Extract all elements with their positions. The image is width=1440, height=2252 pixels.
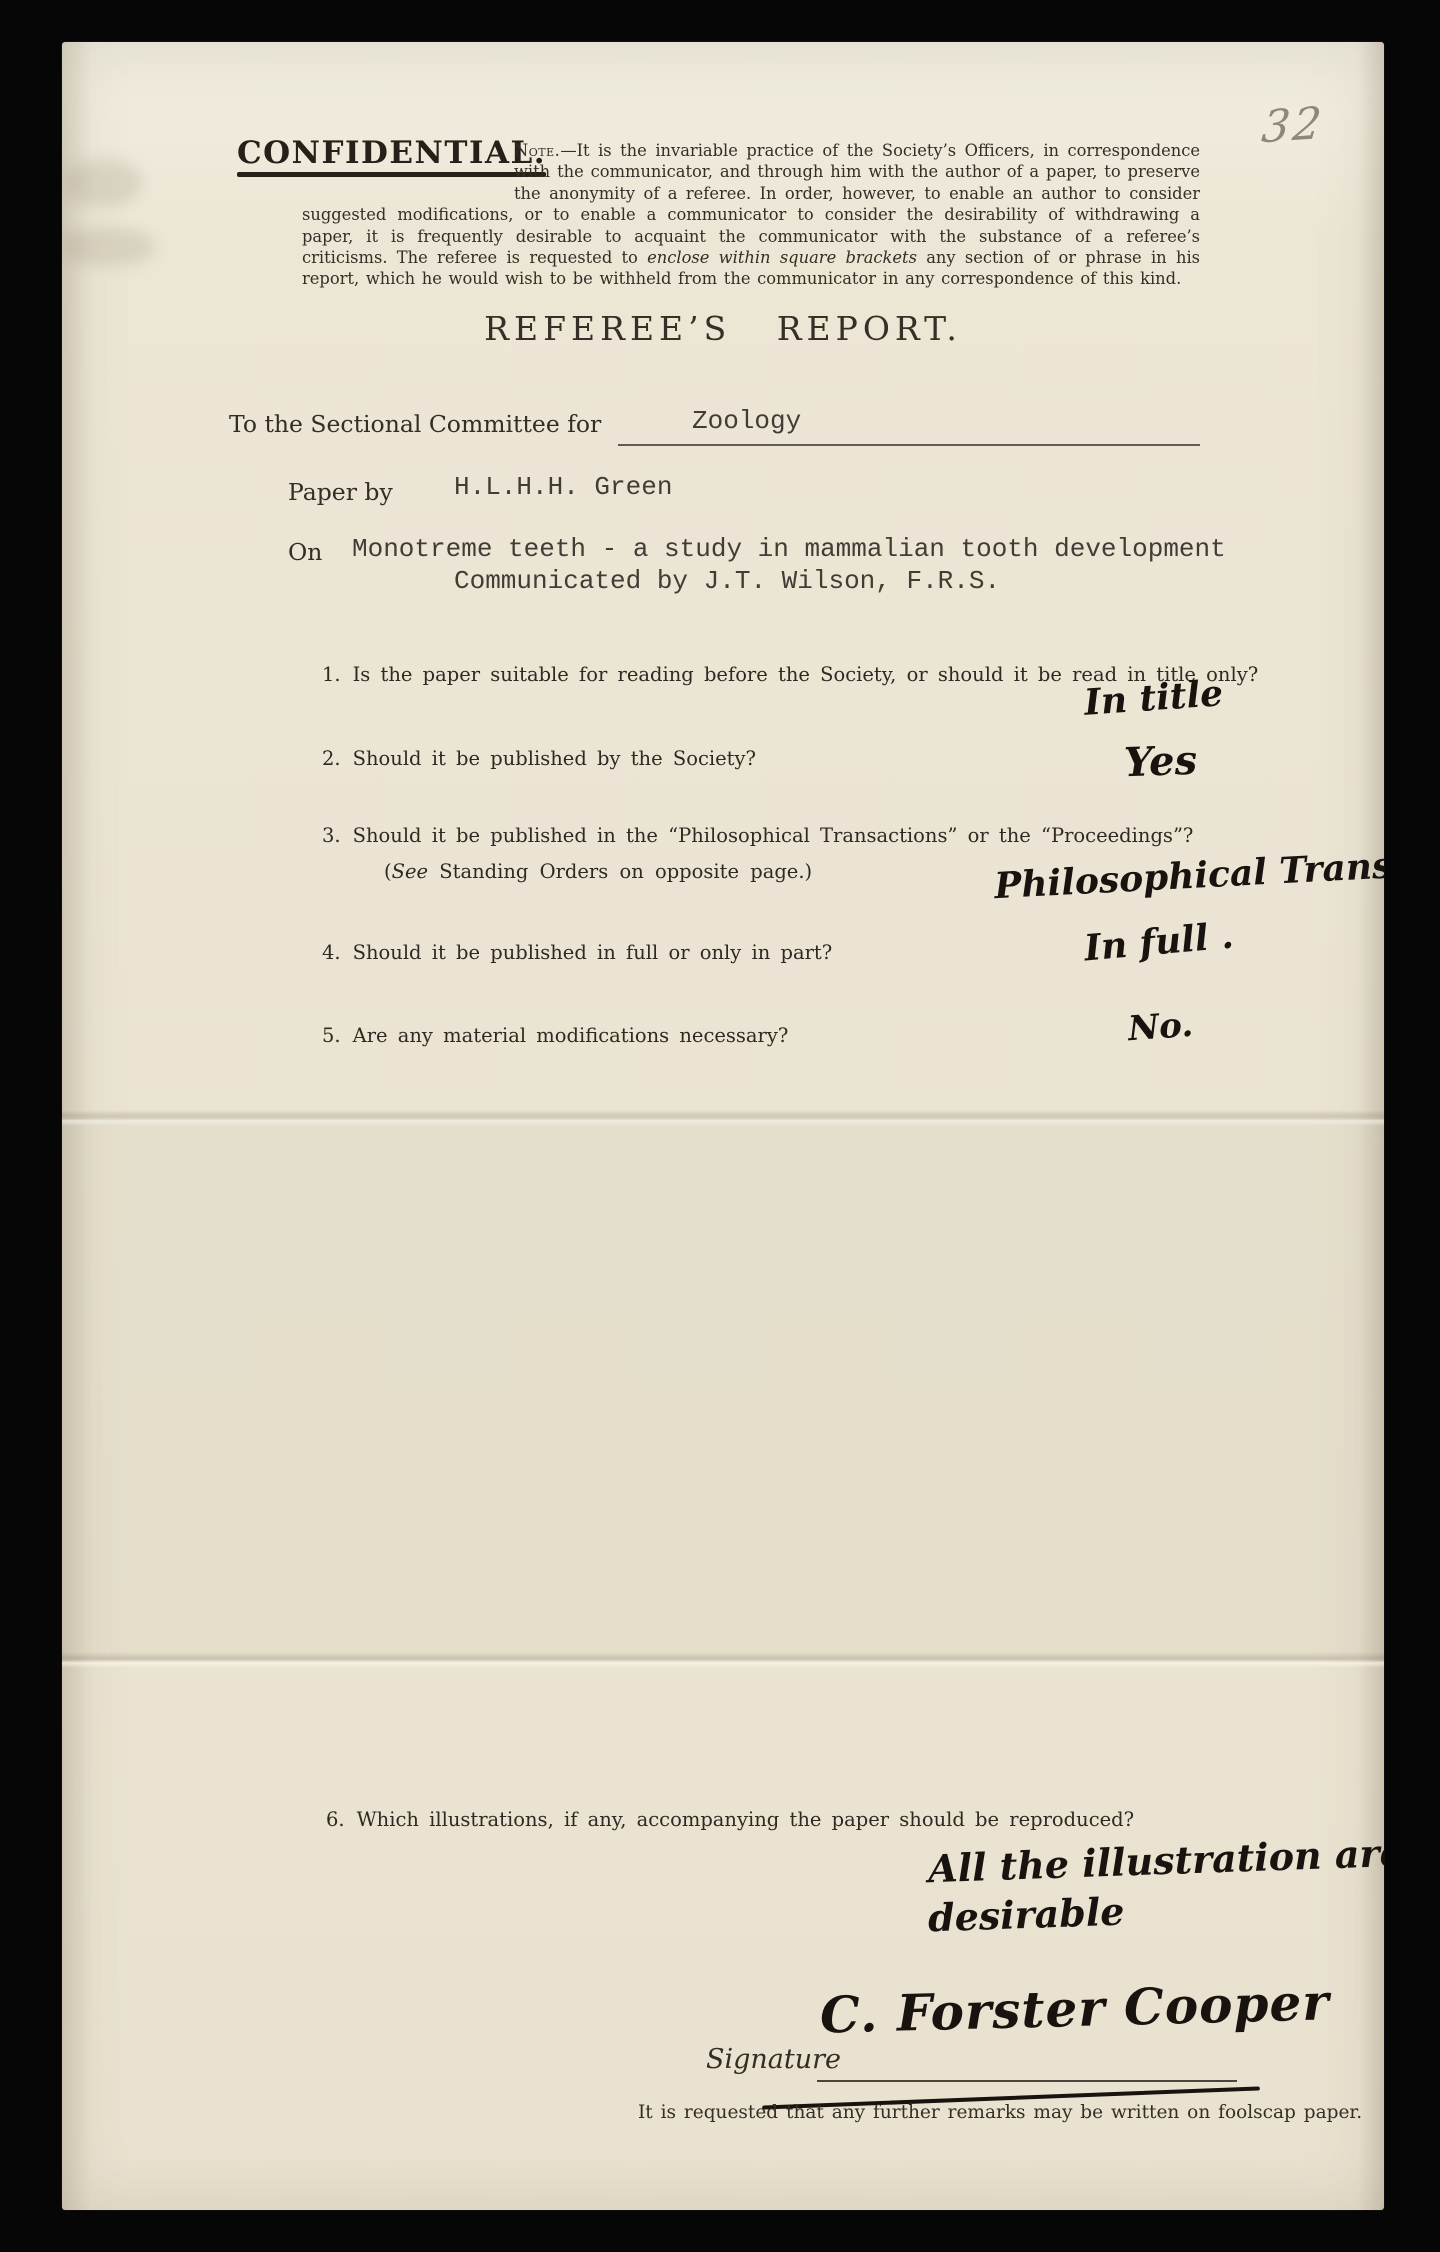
answer-6-handwritten-line2: desirable	[927, 1893, 1125, 1938]
show-through-smudge	[64, 160, 142, 206]
question-3-text: Should it be published in the “Philosoph…	[353, 824, 1194, 847]
referee-report-sheet: 32 CONFIDENTIAL. Note.—It is the invaria…	[62, 42, 1384, 2210]
answer-3-handwritten: Philosophical Transactions	[993, 840, 1384, 904]
question-3-subnote: (See Standing Orders on opposite page.)	[384, 860, 812, 883]
foolscap-request-note: It is requested that any further remarks…	[638, 2102, 1362, 2123]
question-6: 6.Which illustrations, if any, accompany…	[326, 1808, 1134, 1831]
photo-background: 32 CONFIDENTIAL. Note.—It is the invaria…	[0, 0, 1440, 2252]
answer-4-handwritten: In full .	[1083, 918, 1235, 967]
show-through-smudge	[62, 228, 154, 266]
question-5-number: 5.	[322, 1024, 341, 1047]
communicated-by-value: Communicated by J.T. Wilson, F.R.S.	[454, 566, 1000, 596]
question-2-number: 2.	[322, 747, 341, 770]
answer-2-handwritten: Yes	[1123, 741, 1197, 784]
question-6-number: 6.	[326, 1808, 345, 1831]
question-1-number: 1.	[322, 663, 341, 686]
committee-field-value: Zoology	[692, 406, 801, 436]
page-title: REFEREE’S REPORT.	[62, 309, 1384, 348]
committee-field-rule	[618, 444, 1200, 446]
paper-title-value: Monotreme teeth - a study in mammalian t…	[352, 534, 1226, 564]
subnote-rest: Standing Orders on opposite page.)	[428, 860, 812, 883]
anonymity-note-paragraph: Note.—It is the invariable practice of t…	[302, 140, 1200, 290]
question-5-text: Are any material modifications necessary…	[353, 1024, 789, 1047]
question-4-number: 4.	[322, 941, 341, 964]
question-4: 4.Should it be published in full or only…	[322, 941, 832, 964]
paper-by-label: Paper by	[288, 478, 393, 506]
subnote-see-italic: See	[392, 860, 428, 883]
question-3-number: 3.	[322, 824, 341, 847]
middle-panel-shading	[62, 1118, 1384, 1660]
question-2-text: Should it be published by the Society?	[353, 747, 756, 770]
note-italic-phrase: enclose within square brackets	[647, 248, 917, 267]
answer-6-handwritten-line1: All the illustration are	[927, 1834, 1384, 1889]
note-label: Note.	[514, 141, 560, 160]
committee-field-label: To the Sectional Committee for	[229, 410, 601, 438]
question-6-text: Which illustrations, if any, accompanyin…	[357, 1808, 1135, 1831]
question-2: 2.Should it be published by the Society?	[322, 747, 756, 770]
note-wrap-spacer	[302, 140, 514, 185]
pencil-sheet-number: 32	[1259, 98, 1326, 154]
answer-5-handwritten: No.	[1127, 1008, 1194, 1046]
question-4-text: Should it be published in full or only i…	[353, 941, 833, 964]
answer-1-handwritten: In title	[1083, 675, 1224, 721]
paper-author-value: H.L.H.H. Green	[454, 472, 672, 502]
on-label: On	[288, 538, 322, 566]
signature-label: Signature	[706, 2044, 841, 2075]
signature-handwritten: C. Forster Cooper	[819, 1977, 1330, 2040]
question-5: 5.Are any material modifications necessa…	[322, 1024, 788, 1047]
signature-rule	[817, 2080, 1237, 2082]
subnote-paren: (	[384, 860, 392, 883]
question-3: 3.Should it be published in the “Philoso…	[322, 824, 1193, 847]
